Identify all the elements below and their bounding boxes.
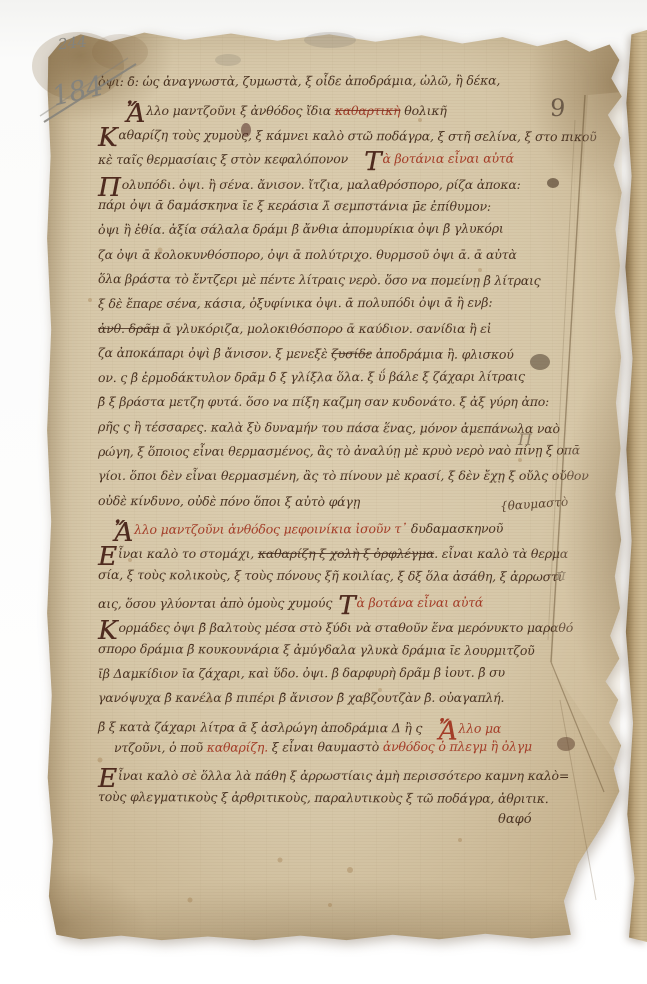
manuscript-line: ξ δὲ ἔπαρε σένα, κάσια, ὀξυφίνικα ὀψι. ᾱ… <box>98 296 492 310</box>
manuscript-line: Εἶναι καλὸ σὲ ὅλλα λὰ πάθη ξ ἀρρωστίαις … <box>98 766 569 792</box>
manuscript-line: β̄ ξ βράστα μετζη φυτά. ὅσο να πίξη καζμ… <box>98 396 549 409</box>
body-text: ῑβ Δαμκίδιον ῑα ζάχαρι, καὶ ὕδο. ὀψι. β̄… <box>98 664 505 680</box>
manuscript-line: γίοι. ὅποι δὲν εἶναι θερμασμένη, ἂς τὸ π… <box>98 470 589 483</box>
manuscript-line: ῑβ Δαμκίδιον ῑα ζάχαρι, καὶ ὕδο. ὀψι. β̄… <box>98 666 505 680</box>
manuscript-line: Ἄλλο μαντζοῦνι ξ ἀνθόδος ἴδια καθαρτικὴ … <box>126 101 447 127</box>
pencil-number-top: 244 <box>57 33 87 54</box>
body-text: ἶναι καλὸ το στομάχι, <box>118 546 258 561</box>
body-text: ντζοῦνι, ὁ ποῦ <box>114 739 207 754</box>
manuscript-line: ρῆς ς ἢ τέσσαρες. καλὰ ξὺ δυναμήν του πά… <box>98 421 560 436</box>
pi-small-mark: π <box>556 568 566 583</box>
rubric-text: ὰ βοτάνια εἶναι αὐτά <box>382 150 513 165</box>
manuscript-line: ρώγη, ξ ὅποιος εἶναι θερμασμένος, ἂς τὸ … <box>98 444 580 458</box>
manuscript-line: ὀψι ἢ ἐθία. ἀξία σάλαλα δράμι β̄ ἄνθια ἀ… <box>98 222 504 236</box>
body-text: πάρι ὀψι ᾱ δαμάσκηνα ῑε ξ κεράσια λ̄ σεμ… <box>98 197 491 214</box>
rubric-text: ἀνθόδος ὁ πλεγμ ἢ ὀλγμ <box>383 738 532 754</box>
rubric-text: καθαρίζη. <box>207 739 268 754</box>
body-text: ὀψι: δ̄: ὡς ἀναγνωστὰ, ζυμωστὰ, ξ οἶδε ἀ… <box>98 73 500 89</box>
manuscript-line: αις, ὅσου γλύονται ἀπὸ ὁμοὺς χυμούς Τὰ β… <box>98 592 483 619</box>
body-text: οὐδὲ κίνδυνο, οὐδὲ πόνο ὅποι ξ αὐτὸ φάγῃ <box>98 493 360 509</box>
manuscript-scan: ὀψι: δ̄: ὡς ἀναγνωστὰ, ζυμωστὰ, ξ οἶδε ἀ… <box>0 0 647 984</box>
body-text: ἶναι καλὸ σὲ ὅλλα λὰ πάθη ξ ἀρρωστίαις ἀ… <box>118 768 569 783</box>
rubric-text: ὰ βοτάνα εἶναι αὐτά <box>356 594 483 609</box>
manuscript-line: ὀψι: δ̄: ὡς ἀναγνωστὰ, ζυμωστὰ, ξ οἶδε ἀ… <box>98 75 500 89</box>
body-text: ξ δὲ ἔπαρε σένα, κάσια, ὀξυφίνικα ὀψι. ᾱ… <box>98 294 492 310</box>
body-text: ᾱ γλυκόριζα, μολοκιθόσπορο ᾱ καύδιον. σα… <box>159 321 491 336</box>
manuscript-line: κὲ ταῖς θερμασίαις ξ στὸν κεφαλόπονον Τὰ… <box>98 148 514 175</box>
body-text: ορμάδες ὀψι β̄ βαλτοὺς μέσα στὸ ξύδι νὰ … <box>118 620 573 635</box>
manuscript-line: σία, ξ τοὺς κολικοὺς, ξ τοὺς πόνους ξῆ κ… <box>98 569 562 584</box>
body-text: ρῆς ς ἢ τέσσαρες. καλὰ ξὺ δυναμήν του πά… <box>98 419 560 436</box>
body-text: αθαρίζη τοὺς χυμοὺς, ξ κάμνει καλὸ στῶ π… <box>118 127 596 144</box>
body-text: ἀποδράμια ἢ. φλισκού <box>372 346 514 362</box>
body-text: . εἶναι καλὸ τὰ θερμα <box>434 546 568 561</box>
body-text: ἀνθ. δρᾶμ <box>98 321 159 336</box>
pi-capital-mark: Π <box>518 432 532 448</box>
body-text: τοὺς φλεγματικοὺς ξ ἀρθριτικοὺς, παραλυτ… <box>98 789 549 806</box>
body-text: γίοι. ὅποι δὲν εἶναι θερμασμένη, ἂς τὸ π… <box>98 468 589 483</box>
body-text: σπορο δράμια β̄ κουκουνάρια ξ ἀμύγδαλα γ… <box>98 641 535 658</box>
rubric-text: λλο μαντζοῦνι ἀνθόδος μεφοινίκια ἰσοῦν τ… <box>134 521 411 537</box>
body-text: ζα ἀποκάπαρι ὀψὶ β̄ ἄνισον. ξ μενεξὲ <box>98 345 331 361</box>
catchword: θαφό <box>498 813 532 826</box>
body-text: ον. ς β̄ ἐρμοδάκτυλον δρᾶμ δ̄ ξ γλίξλα ὅ… <box>98 368 525 384</box>
paragraph-mark: 9 <box>549 95 566 120</box>
body-text: θολικῆ <box>400 103 446 118</box>
body-text: καθαρίζη ξ χολὴ ξ ὀρφλέγμα <box>258 546 434 561</box>
body-text: λλο μαντζοῦνι ξ ἀνθόδος ἴδια <box>146 103 335 118</box>
body-text: ζα ὀψι ᾱ κολοκυνθόσπορο, ὀψι ᾱ πολύτριχο… <box>98 247 517 262</box>
body-text: αις, ὅσου γλύονται ἀπὸ ὁμοὺς χυμούς <box>98 595 338 611</box>
body-text: ξ εἶναι θαυμαστὸ <box>268 739 383 754</box>
body-text: ὅλα βράστα τὸ ἔντζερι μὲ πέντε λίτραις ν… <box>98 271 541 288</box>
manuscript-line: ὅλα βράστα τὸ ἔντζερι μὲ πέντε λίτραις ν… <box>98 273 541 287</box>
manuscript-line: ζα ὀψι ᾱ κολοκυνθόσπορο, ὀψι ᾱ πολύτριχο… <box>98 249 517 262</box>
body-text: ὀψι ἢ ἐθία. ἀξία σάλαλα δράμι β̄ ἄνθια ἀ… <box>98 220 504 236</box>
rubric-text: λλο μα <box>458 720 501 735</box>
manuscript-line: Ἄλλο μαντζοῦνι ἀνθόδος μεφοινίκια ἰσοῦν … <box>114 518 503 545</box>
manuscript-line: σπορο δράμια β̄ κουκουνάρια ξ ἀμύγδαλα γ… <box>98 643 535 657</box>
text-block: ὀψι: δ̄: ὡς ἀναγνωστὰ, ζυμωστὰ, ξ οἶδε ἀ… <box>98 76 580 836</box>
body-text: σία, ξ τοὺς κολικοὺς, ξ τοὺς πόνους ξῆ κ… <box>98 567 562 584</box>
rubric-text: καθαρτικὴ <box>335 103 401 118</box>
manuscript-line: πάρι ὀψι ᾱ δαμάσκηνα ῑε ξ κεράσια λ̄ σεμ… <box>98 199 491 213</box>
body-text: β̄ ξ βράστα μετζη φυτά. ὅσο να πίξη καζμ… <box>98 394 549 409</box>
manuscript-line: γανόψυχα β̄ κανέλα β̄ πιπέρι β̄ ἄνισον β… <box>98 692 504 705</box>
manuscript-line: ον. ς β̄ ἐρμοδάκτυλον δρᾶμ δ̄ ξ γλίξλα ὅ… <box>98 370 525 384</box>
body-text: ολυπόδι. ὀψι. ἢ σένα. ἄνισον. ἴτζια, μαλ… <box>122 177 521 192</box>
manuscript-line: ζα ἀποκάπαρι ὀψὶ β̄ ἄνισον. ξ μενεξὲ ζυσ… <box>98 347 514 361</box>
manuscript-line: ἀνθ. δρᾶμ ᾱ γλυκόριζα, μολοκιθόσπορο ᾱ κ… <box>98 323 491 336</box>
initial-letter: Τ <box>338 591 354 621</box>
body-text: κὲ ταῖς θερμασίαις ξ στὸν κεφαλόπονον <box>98 151 364 167</box>
body-text: β̄ ξ κατὰ ζάχαρι λίτρα ᾱ ξ ἀσλρώγη ἀποδρ… <box>98 719 438 735</box>
initial-letter: Κ <box>98 123 117 153</box>
body-text: ρώγη, ξ ὅποιος εἶναι θερμασμένος, ἂς τὸ … <box>98 442 580 459</box>
initial-letter: Τ <box>364 147 380 177</box>
manuscript-line: οὐδὲ κίνδυνο, οὐδὲ πόνο ὅποι ξ αὐτὸ φάγῃ <box>98 495 360 509</box>
initial-letter: Ἄ <box>114 518 132 548</box>
body-text: δυδαμασκηνοῦ <box>411 520 503 535</box>
manuscript-line: ντζοῦνι, ὁ ποῦ καθαρίζη. ξ εἶναι θαυμαστ… <box>114 740 532 754</box>
body-text: ζυσίδε <box>331 346 372 361</box>
manuscript-line: τοὺς φλεγματικοὺς ξ ἀρθριτικοὺς, παραλυτ… <box>98 791 549 805</box>
body-text: γανόψυχα β̄ κανέλα β̄ πιπέρι β̄ ἄνισον β… <box>98 690 504 705</box>
